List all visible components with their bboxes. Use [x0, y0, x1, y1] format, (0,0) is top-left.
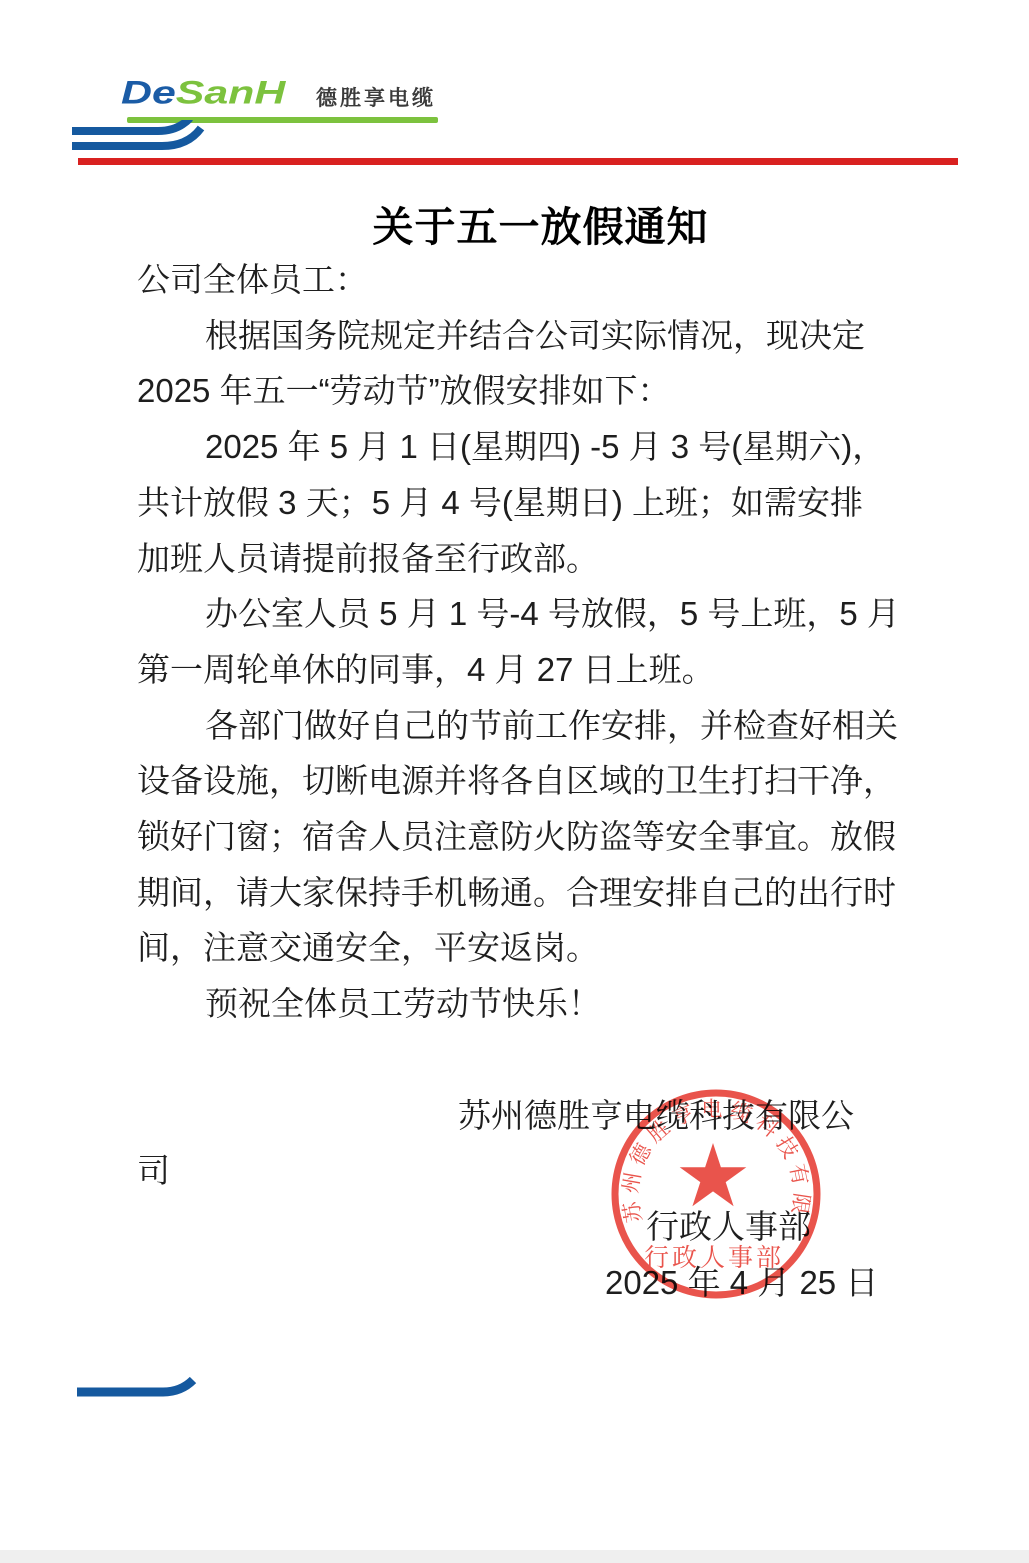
document-line: 各部门做好自己的节前工作安排，并检查好相关: [137, 698, 897, 754]
document-line: 根据国务院规定并结合公司实际情况，现决定: [137, 308, 897, 364]
wordmark-blue-part: De: [121, 74, 176, 111]
notice-document: DeSanH 德胜享电缆 关于五一放假通知 公司全体员工：根据国务院规定并结合公…: [0, 0, 1029, 1563]
document-line: 预祝全体员工劳动节快乐！: [137, 976, 897, 1032]
company-seal-stamp: 苏州德胜亨电缆科技有限公司 行政人事部: [596, 1074, 836, 1314]
document-line: 间，注意交通安全，平安返岗。: [137, 920, 897, 976]
document-line: 2025 年五一“劳动节”放假安排如下：: [137, 363, 897, 419]
footer-swoosh-icon: [75, 1376, 200, 1400]
document-line: 设备设施，切断电源并将各自区域的卫生打扫干净，: [137, 753, 897, 809]
red-star-icon: [680, 1143, 747, 1206]
document-line: 期间，请大家保持手机畅通。合理安排自己的出行时: [137, 865, 897, 921]
company-logo-wordmark: DeSanH: [121, 78, 285, 108]
document-line: 锁好门窗；宿舍人员注意防火防盗等安全事宜。放假: [137, 809, 897, 865]
page-title: 关于五一放假通知: [0, 194, 1029, 253]
company-logo-chinese-name: 德胜享电缆: [316, 88, 436, 110]
document-line: 第一周轮单休的同事，4 月 27 日上班。: [137, 642, 897, 698]
header-red-rule: [78, 158, 958, 165]
document-line: 加班人员请提前报备至行政部。: [137, 531, 897, 587]
document-line: 2025 年 5 月 1 日(星期四) -5 月 3 号(星期六)，: [137, 419, 897, 475]
document-line: 共计放假 3 天；5 月 4 号(星期日) 上班；如需安排: [137, 475, 897, 531]
wordmark-green-part: SanH: [176, 74, 286, 111]
bottom-edge-strip: [0, 1550, 1029, 1563]
stamp-department-label: 行政人事部: [644, 1244, 784, 1272]
logo-swoosh-icon: [70, 120, 205, 156]
document-line: 办公室人员 5 月 1 号-4 号放假，5 号上班，5 月: [137, 586, 897, 642]
document-line: 公司全体员工：: [137, 252, 897, 308]
